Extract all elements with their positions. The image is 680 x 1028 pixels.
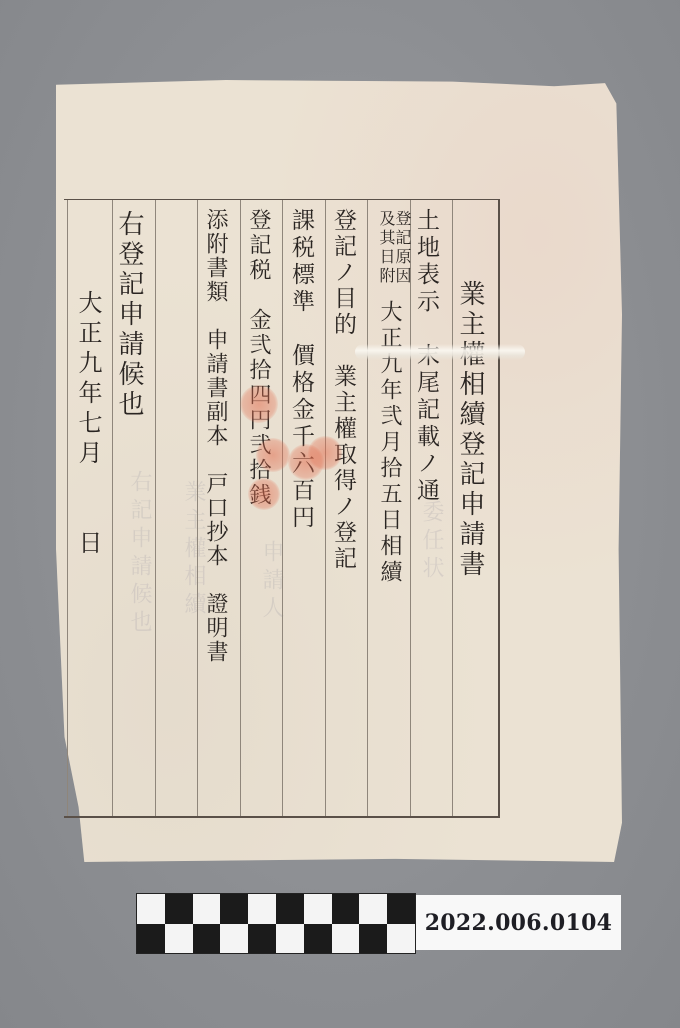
registration-cause-label: 登記原因及其日附 (374, 210, 410, 290)
red-seal-stamp (248, 478, 280, 510)
accession-number-label: 2022.006.0104 (416, 895, 621, 950)
application-date: 大正九年七月 日 (76, 290, 100, 560)
column-rule (240, 200, 241, 816)
registration-purpose: 登記ノ目的 業主權取得ノ登記 (331, 208, 354, 572)
column-rule (452, 200, 453, 816)
column-rule (325, 200, 326, 816)
document-title: 業主權相續登記申請書 (457, 280, 483, 580)
closing-statement: 右登記申請候也 (116, 210, 142, 420)
registration-cause-value: 大正九年弐月拾五日相續 (378, 300, 400, 586)
red-seal-stamp (240, 385, 278, 423)
column-rule (67, 200, 68, 816)
color-scale-bar (136, 893, 416, 954)
column-rule (112, 200, 113, 816)
column-rule (367, 200, 368, 816)
column-rule (410, 200, 411, 816)
column-rule (155, 200, 156, 816)
column-rule (197, 200, 198, 816)
attached-documents: 添附書類 申請書副本 戸口抄本 證明書 (204, 208, 226, 664)
column-rule (282, 200, 283, 816)
tax-basis: 課税標準 價格金千六百円 (289, 208, 312, 532)
binding-string (355, 344, 525, 360)
red-seal-stamp (256, 438, 290, 472)
red-seal-stamp (308, 436, 342, 470)
